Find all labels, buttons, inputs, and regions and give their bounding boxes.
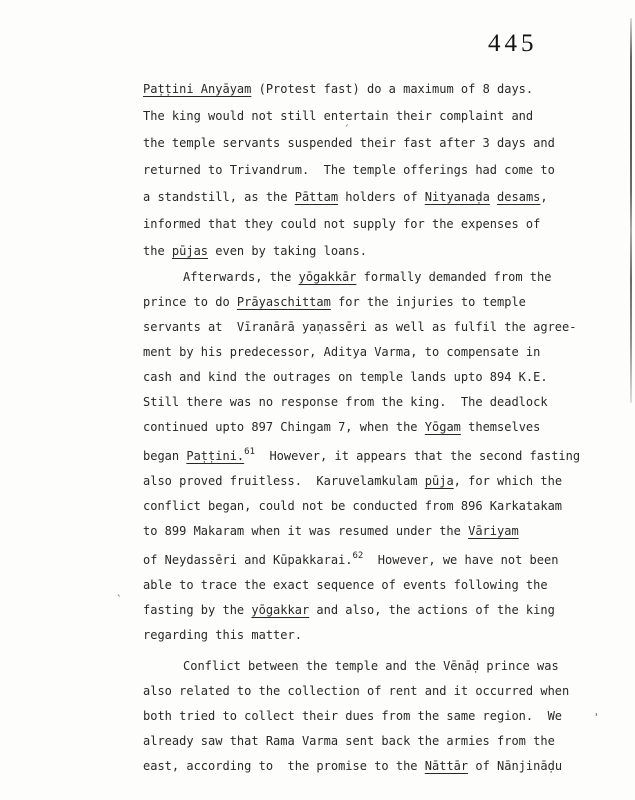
text-segment: Vāriyam <box>468 524 519 538</box>
text-line: began Paṭṭini.61 However, it appears tha… <box>143 440 603 469</box>
text-segment: Paṭṭini. <box>186 449 244 463</box>
paragraph: Paṭṭini Anyāyam (Protest fast) do a maxi… <box>143 76 603 265</box>
text-segment: able to trace the exact sequence of even… <box>143 578 548 592</box>
scan-speck: ´ <box>343 124 350 135</box>
footnote-ref: 61 <box>244 447 255 457</box>
text-segment: for the injuries to temple <box>331 295 526 309</box>
text-segment: continued upto 897 Chingam 7, when the <box>143 420 425 434</box>
text-line: conflict began, could not be conducted f… <box>143 494 603 519</box>
text-line: already saw that Rama Varma sent back th… <box>143 729 603 754</box>
text-segment: even by taking loans. <box>208 244 367 258</box>
text-segment: However, we have not been <box>363 553 558 567</box>
text-line: of Neydassēri and Kūpakkarai.62 However,… <box>143 544 603 573</box>
text-segment: Nityanaḍa <box>425 190 490 204</box>
text-segment: the temple servants suspended their fast… <box>143 136 555 150</box>
text-segment: also proved fruitless. Karuvelamkulam <box>143 474 425 488</box>
text-line: both tried to collect their dues from th… <box>143 704 603 729</box>
text-segment: fasting by the <box>143 603 251 617</box>
text-line: regarding this matter. <box>143 623 603 648</box>
text-segment: and also, the actions of the king <box>309 603 555 617</box>
text-segment: , for which the <box>454 474 562 488</box>
text-line: Conflict between the temple and the Vēnā… <box>143 654 603 679</box>
text-line: Still there was no response from the kin… <box>143 390 603 415</box>
text-segment: However, it appears that the second fast… <box>255 449 580 463</box>
text-segment: pūja <box>425 474 454 488</box>
text-line: cash and kind the outrages on temple lan… <box>143 365 603 390</box>
text-segment: returned to Trivandrum. The temple offer… <box>143 163 555 177</box>
paragraph: Afterwards, the yōgakkār formally demand… <box>143 265 603 648</box>
text-segment: Still there was no response from the kin… <box>143 395 548 409</box>
scan-speck: ' <box>593 712 600 723</box>
text-segment: Conflict between the temple and the Vēnā… <box>183 659 559 673</box>
text-segment: holders of <box>338 190 425 204</box>
text-line: Paṭṭini Anyāyam (Protest fast) do a maxi… <box>143 76 603 103</box>
text-line: able to trace the exact sequence of even… <box>143 573 603 598</box>
paragraph: Conflict between the temple and the Vēnā… <box>143 654 603 779</box>
text-line: continued upto 897 Chingam 7, when the Y… <box>143 415 603 440</box>
text-line: also proved fruitless. Karuvelamkulam pū… <box>143 469 603 494</box>
text-line: Afterwards, the yōgakkār formally demand… <box>143 265 603 290</box>
text-segment: cash and kind the outrages on temple lan… <box>143 370 548 384</box>
text-segment: Nāttār <box>425 759 468 773</box>
footnote-ref: 62 <box>353 551 364 561</box>
text-line: the pūjas even by taking loans. <box>143 238 603 265</box>
text-segment: (Protest fast) do a maximum of 8 days. <box>251 82 533 96</box>
text-segment: servants at Vīranārā yaṇassēri as well a… <box>143 320 576 334</box>
text-segment: pūjas <box>172 244 208 258</box>
text-segment: desams <box>497 190 540 204</box>
text-segment: The king would not still entertain their… <box>143 109 533 123</box>
text-line: a standstill, as the Pāttam holders of N… <box>143 184 603 211</box>
scan-edge-artifact <box>630 18 632 403</box>
text-segment: yōgakkār <box>299 270 357 284</box>
text-line: servants at Vīranārā yaṇassēri as well a… <box>143 315 603 340</box>
text-line: the temple servants suspended their fast… <box>143 130 603 157</box>
text-line: fasting by the yōgakkar and also, the ac… <box>143 598 603 623</box>
text-line: prince to do Prāyaschittam for the injur… <box>143 290 603 315</box>
text-segment: informed that they could not supply for … <box>143 217 540 231</box>
text-segment: prince to do <box>143 295 237 309</box>
text-line: informed that they could not supply for … <box>143 211 603 238</box>
text-segment: of Nānjināḍu <box>468 759 562 773</box>
text-segment: both tried to collect their dues from th… <box>143 709 562 723</box>
text-line: east, according to the promise to the Nā… <box>143 754 603 779</box>
text-segment: Pāttam <box>295 190 338 204</box>
text-segment: regarding this matter. <box>143 628 302 642</box>
text-segment: began <box>143 449 186 463</box>
text-segment <box>490 190 497 204</box>
text-segment: Paṭṭini Anyāyam <box>143 82 251 96</box>
text-segment: a standstill, as the <box>143 190 295 204</box>
text-segment: conflict began, could not be conducted f… <box>143 499 562 513</box>
text-segment: the <box>143 244 172 258</box>
document-text: Paṭṭini Anyāyam (Protest fast) do a maxi… <box>143 76 603 779</box>
page-number: 445 <box>488 30 538 58</box>
text-segment: to 899 Makaram when it was resumed under… <box>143 524 468 538</box>
text-line: returned to Trivandrum. The temple offer… <box>143 157 603 184</box>
text-line: also related to the collection of rent a… <box>143 679 603 704</box>
text-segment: formally demanded from the <box>356 270 551 284</box>
text-segment: themselves <box>461 420 540 434</box>
text-segment: also related to the collection of rent a… <box>143 684 569 698</box>
document-page: 445 Paṭṭini Anyāyam (Protest fast) do a … <box>0 0 635 800</box>
text-segment: ment by his predecessor, Aditya Varma, t… <box>143 345 540 359</box>
scan-speck: ` <box>116 594 123 605</box>
text-segment: yōgakkar <box>251 603 309 617</box>
text-segment: Yōgam <box>425 420 461 434</box>
text-segment: already saw that Rama Varma sent back th… <box>143 734 555 748</box>
text-segment: of Neydassēri and Kūpakkarai. <box>143 553 353 567</box>
text-line: to 899 Makaram when it was resumed under… <box>143 519 603 544</box>
text-segment: east, according to the promise to the <box>143 759 425 773</box>
text-segment: , <box>540 190 547 204</box>
text-segment: Afterwards, the <box>183 270 299 284</box>
text-line: ment by his predecessor, Aditya Varma, t… <box>143 340 603 365</box>
text-line: The king would not still entertain their… <box>143 103 603 130</box>
text-segment: Prāyaschittam <box>237 295 331 309</box>
